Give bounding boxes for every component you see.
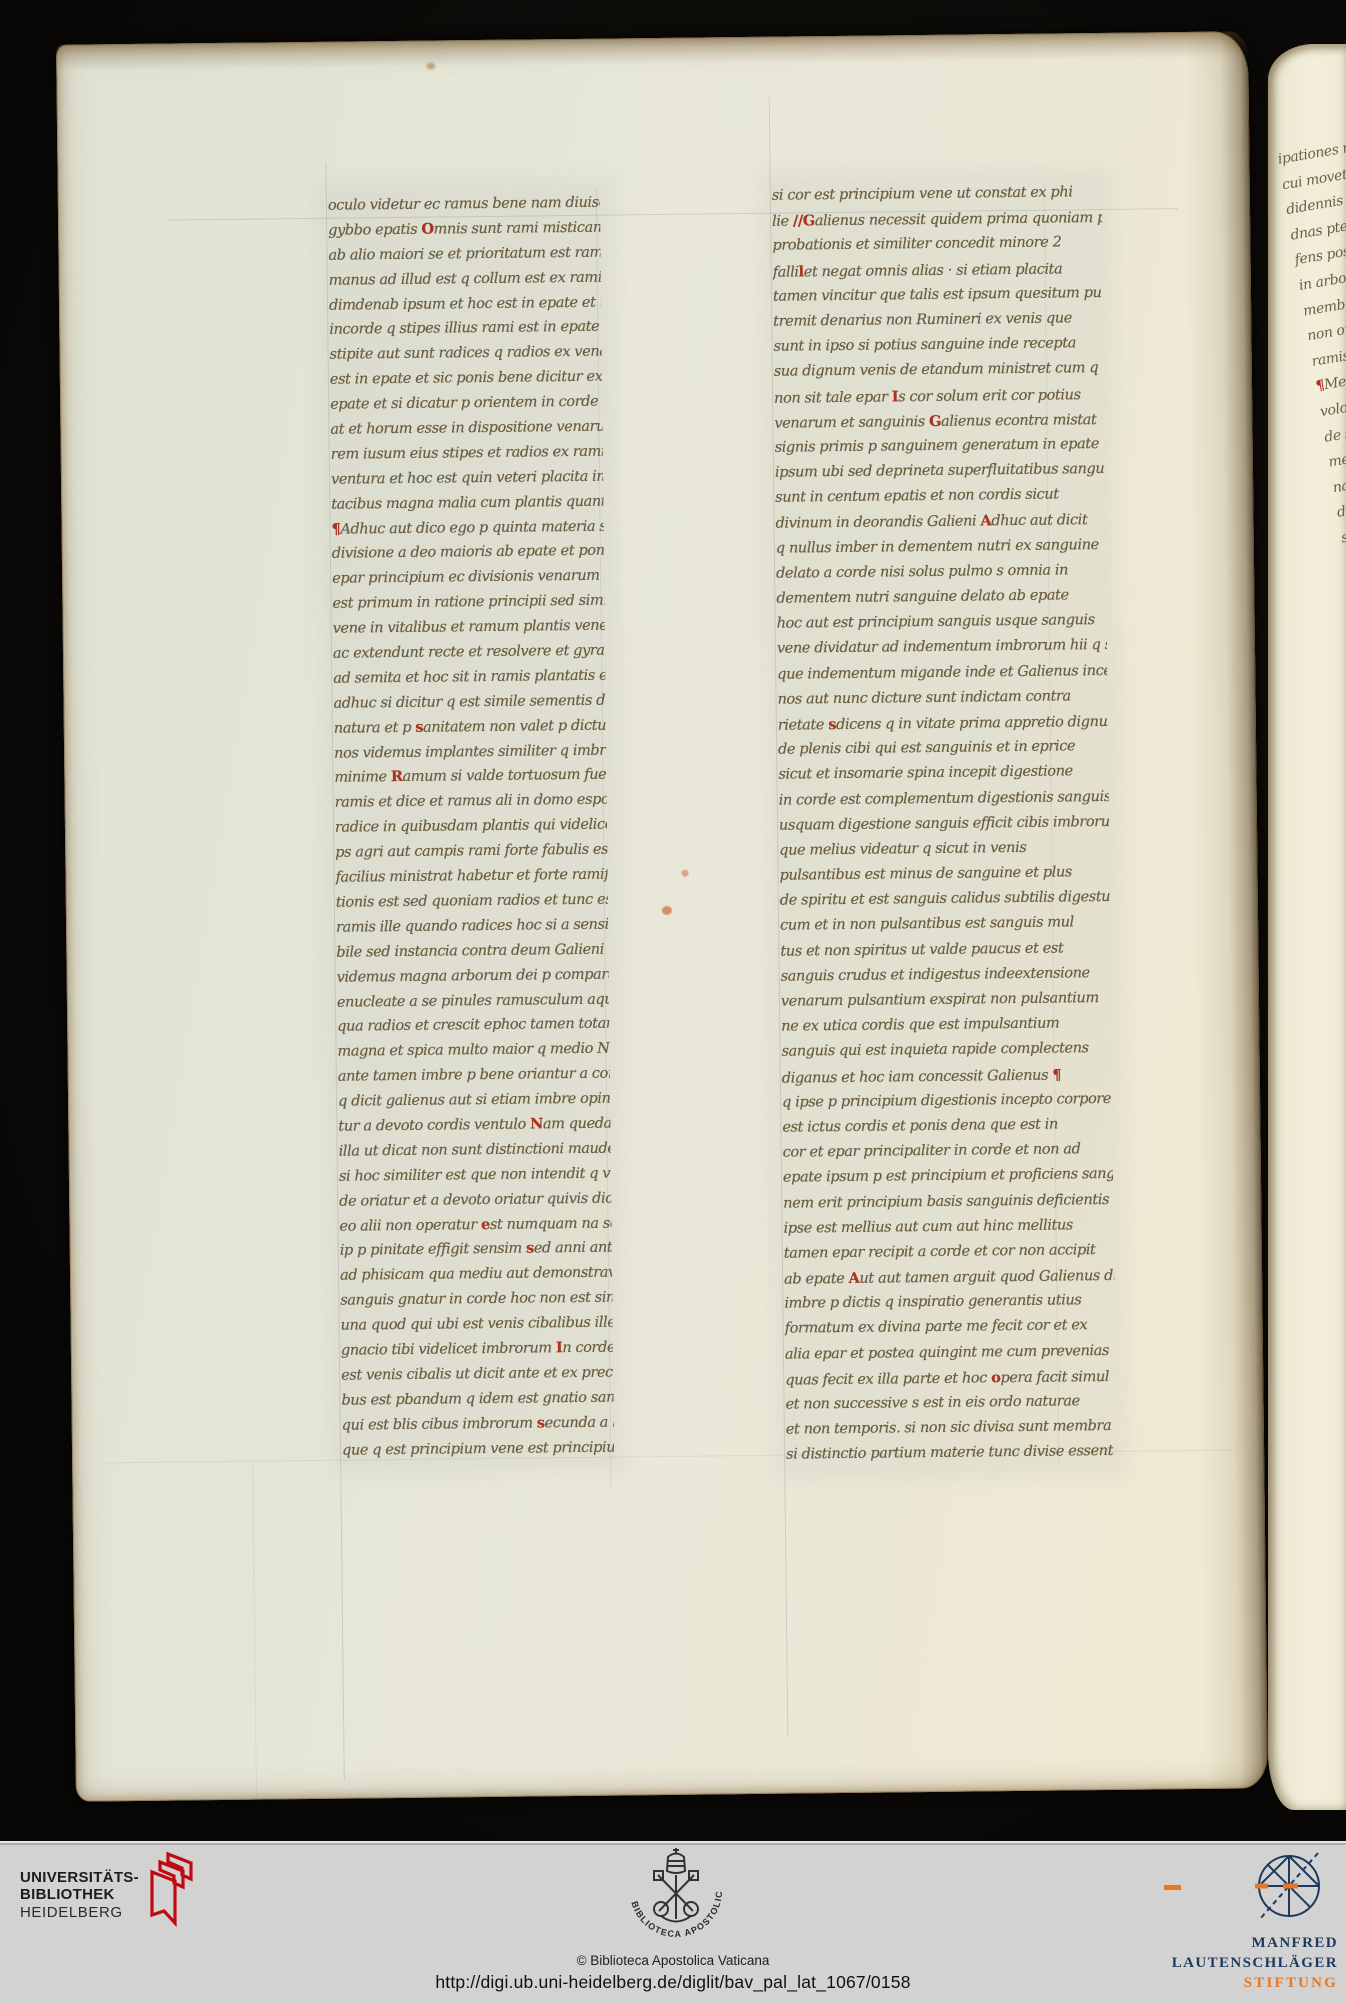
manuscript-line: tionis est sed quoniam radios et tunc es…: [336, 888, 608, 916]
manuscript-line: magna et spica multo maior q medio No: [337, 1037, 609, 1065]
ml-stiftung-icon: [1252, 1849, 1324, 1923]
manuscript-line: q ipse p principium digestionis incepto …: [782, 1087, 1112, 1116]
manuscript-line: ante tamen imbre p bene oriantur a corde: [338, 1062, 610, 1090]
manuscript-line: si cor est principium vene ut constat ex…: [772, 180, 1102, 209]
manuscript-line: eo alii non operatur est numquam na sed …: [339, 1211, 611, 1239]
manuscript-line: q nullus imber in dementem nutri ex sang…: [776, 533, 1106, 562]
manuscript-line: gnacio tibi videlicet imbrorum In corde …: [341, 1336, 613, 1364]
manuscript-line: illa ut dicat non sunt distinctioni maud…: [339, 1136, 611, 1164]
manuscript-line: formatum ex divina parte me fecit cor et…: [785, 1313, 1115, 1342]
ruling-line-vertical-lower-margin: [252, 1463, 257, 1803]
manuscript-line: probationis et similiter concedit minore…: [772, 230, 1102, 259]
ub-logo-line3: HEIDELBERG: [20, 1903, 139, 1922]
ub-heidelberg-logo: UNIVERSITÄTS- BIBLIOTHEK HEIDELBERG: [20, 1869, 139, 1922]
manuscript-line: alia epar et postea quingint me cum prev…: [785, 1339, 1115, 1368]
ml-stiftung-wordmark: MANFRED LAUTENSCHLÄGER STIFTUNG: [1172, 1933, 1338, 1993]
manuscript-line: incorde q stipes illius rami est in epat…: [329, 315, 601, 343]
manuscript-line: ipse est mellius aut cum aut hinc mellit…: [783, 1213, 1113, 1242]
manuscript-line: sanguis crudus et indigestus indeextensi…: [781, 961, 1111, 990]
manuscript-line: ventura et hoc est quin veteri placita i…: [331, 464, 603, 492]
manuscript-line: ipsum ubi sed deprineta superfluitatibus…: [775, 457, 1105, 486]
manuscript-line: est ictus cordis et ponis dena que est i…: [782, 1112, 1112, 1141]
manuscript-line: est venis cibalis ut dicit ante et ex pr…: [341, 1360, 613, 1388]
manuscript-line: videmus magna arborum dei p comparatione…: [337, 962, 609, 990]
manuscript-line: adhuc si dicitur q est simile sementis d…: [333, 688, 605, 716]
photo-background: oculo videtur ec ramus bene nam diuise a…: [0, 0, 1346, 1841]
orange-dash: [1164, 1885, 1181, 1890]
manuscript-line: cor et epar principaliter in corde et no…: [783, 1137, 1113, 1166]
manuscript-line: sunt in centum epatis et non cordis sicu…: [775, 482, 1105, 511]
manuscript-line: cum et in non pulsantibus est sanguis mu…: [780, 910, 1110, 939]
manuscript-line: qua radios et crescit ephoc tamen totam: [337, 1012, 609, 1040]
page-gutter-shade: [1184, 31, 1268, 1789]
manuscript-line: imbre p dictis q inspiratio generantis u…: [784, 1288, 1114, 1317]
manuscript-line: sicut et insomarie spina incepit digesti…: [778, 759, 1108, 788]
manuscript-line: de oriatur et a devoto oriatur quivis di…: [339, 1186, 611, 1214]
manuscript-line: sanguis qui est inquieta rapide complect…: [781, 1036, 1111, 1065]
manuscript-line: rem iusum eius stipes et radios ex ramis…: [331, 440, 603, 468]
manuscript-line: stipite aut sunt radices q radios ex ven…: [329, 340, 601, 368]
manuscript-line: delato a corde nisi solus pulmo s omnia …: [776, 558, 1106, 587]
ml-line3: STIFTUNG: [1172, 1973, 1338, 1993]
manuscript-line: et non successive s est in eis ordo natu…: [785, 1389, 1115, 1418]
manuscript-line: pulsantibus est minus de sanguine et plu…: [779, 860, 1109, 889]
ub-logo-line1: UNIVERSITÄTS-: [20, 1869, 139, 1886]
ink-spot: [426, 63, 435, 70]
manuscript-line: est primum in ratione principii sed simi…: [332, 589, 604, 617]
manuscript-line: nos videmus implantes similiter q imbre: [334, 738, 606, 766]
manuscript-line: qui est blis cibus imbrorum secunda a ho…: [342, 1410, 614, 1438]
manuscript-line: natura et p sanitatem non valet p dictum…: [334, 713, 606, 741]
manuscript-line: ac extendunt recte et resolvere et gyran…: [333, 639, 605, 667]
manuscript-line: manus ad illud est q collum est ex ramis: [329, 265, 601, 293]
manuscript-line: epate et si dicatur p orientem in corde …: [330, 390, 602, 418]
manuscript-line: tremit denarius non Rumineri ex venis qu…: [773, 306, 1103, 335]
manuscript-line: usquam digestione sanguis efficit cibis …: [779, 810, 1109, 839]
manuscript-line: de plenis cibi qui est sanguinis et in e…: [778, 734, 1108, 763]
manuscript-line: epate ipsum p est principium et proficie…: [783, 1162, 1113, 1191]
next-page-text-fragments: ipationes mcui movet edidennis ndnas pte…: [1276, 127, 1346, 1436]
manuscript-line: tamen epar recipit a corde et cor non ac…: [784, 1238, 1114, 1267]
manuscript-line: non sit tale epar Is cor solum erit cor …: [774, 381, 1104, 410]
manuscript-line: venarum pulsantium exspirat non pulsanti…: [781, 986, 1111, 1015]
manuscript-line: bile sed instancia contra deum Galieni e…: [336, 937, 608, 965]
manuscript-line: ab alio maiori se et prioritatum est ram…: [328, 240, 600, 268]
manuscript-line: ¶Adhuc aut dico ego p quinta materia seq…: [331, 514, 603, 542]
manuscript-line: que q est principium vene est principium…: [342, 1435, 614, 1463]
manuscript-line: sanguis gnatur in corde hoc non est simp…: [340, 1286, 612, 1314]
manuscript-line: radice in quibusdam plantis qui videlice…: [335, 813, 607, 841]
manuscript-line: venarum et sanguinis Galienus econtra mi…: [774, 407, 1104, 436]
manuscript-line: dementem nutri sanguine delato ab epate: [776, 583, 1106, 612]
manuscript-line: nem erit principium basis sanguinis defi…: [783, 1187, 1113, 1216]
manuscript-line: fallilet negat omnis alias · si etiam pl…: [773, 256, 1103, 285]
manuscript-line: gybbo epatis Omnis sunt rami misticane: [328, 216, 600, 244]
source-url: http://digi.ub.uni-heidelberg.de/diglit/…: [0, 1972, 1346, 1993]
manuscript-line: est in epate et sic ponis bene dicitur e…: [330, 365, 602, 393]
manuscript-line: rietate sdicens q in vitate prima appret…: [778, 709, 1108, 738]
manuscript-line: ab epate Aut aut tamen arguit quod Galie…: [784, 1263, 1114, 1292]
manuscript-line: facilius ministrat habetur et forte rami…: [335, 863, 607, 891]
manuscript-line: q dicit galienus aut si etiam imbre opin…: [338, 1087, 610, 1115]
manuscript-line: at et horum esse in dispositione venarum…: [330, 415, 602, 443]
manuscript-line: dimdenab ipsum et hoc est in epate et no: [329, 290, 601, 318]
manuscript-line: ramis et dice et ramus ali in domo espos…: [335, 788, 607, 816]
vatican-seal-icon: BIBLIOTECA APOSTOLICA VATICANA: [613, 1845, 739, 1953]
manuscript-line: que melius videatur q sicut in venis: [779, 835, 1109, 864]
ml-line1: MANFRED: [1172, 1933, 1338, 1953]
text-column-1: oculo videtur ec ramus bene nam diuise a…: [328, 191, 614, 1463]
ub-logo-line2: BIBLIOTHEK: [20, 1886, 139, 1903]
manuscript-line: nos aut nunc dicture sunt indictam contr…: [777, 684, 1107, 713]
manuscript-line: si hoc similiter est que non intendit q …: [339, 1161, 611, 1189]
manuscript-line: ps agri aut campis rami forte fabulis es…: [335, 838, 607, 866]
manuscript-page: oculo videtur ec ramus bene nam diuise a…: [56, 31, 1268, 1801]
manuscript-line: vene dividatur ad indementum imbrorum hi…: [777, 633, 1107, 662]
manuscript-line: que indementum migande inde et Galienus …: [777, 658, 1107, 687]
page-top-edge-shade: [56, 31, 1248, 71]
text-column-2: si cor est principium vene ut constat ex…: [772, 180, 1117, 1468]
manuscript-line: sunt in ipso si potius sanguine inde rec…: [773, 331, 1103, 360]
manuscript-line: enucleate a se pinules ramusculum aqua s…: [337, 987, 609, 1015]
manuscript-line: sua dignum venis de etandum ministret cu…: [774, 356, 1104, 385]
ink-spot: [662, 906, 672, 915]
ink-spot: [681, 870, 688, 877]
manuscript-line: hoc aut est principium sanguis usque san…: [777, 608, 1107, 637]
next-page-edge: ipationes mcui movet edidennis ndnas pte…: [1268, 44, 1346, 1810]
manuscript-line: divinum in deorandis Galieni Adhuc aut d…: [775, 507, 1105, 536]
manuscript-line: bus est pbandum q idem est gnatio sangui…: [341, 1385, 613, 1413]
manuscript-line: ad phisicam qua mediu aut demonstravi q: [340, 1261, 612, 1289]
manuscript-line: ne ex utica cordis que est impulsantium: [781, 1011, 1111, 1040]
manuscript-line: et non temporis. si non sic divisa sunt …: [786, 1414, 1116, 1443]
footer-bar: UNIVERSITÄTS- BIBLIOTHEK HEIDELBERG BIBL…: [0, 1841, 1346, 2003]
manuscript-line: in corde est complementum digestionis sa…: [779, 784, 1109, 813]
vatican-copyright: © Biblioteca Apostolica Vaticana: [0, 1953, 1346, 1968]
manuscript-line: vene in vitalibus et ramum plantis vene: [333, 614, 605, 642]
manuscript-line: quas fecit ex illa parte et hoc opera fa…: [785, 1364, 1115, 1393]
manuscript-line: lie //Galienus necessit quidem prima quo…: [772, 205, 1102, 234]
manuscript-line: si distinctio partium materie tunc divis…: [786, 1439, 1116, 1468]
manuscript-line: tus et non spiritus ut valde paucus et e…: [780, 936, 1110, 965]
manuscript-line: signis primis p sanguinem generatum in e…: [775, 432, 1105, 461]
manuscript-line: diganus et hoc iam concessit Galienus ¶: [782, 1061, 1112, 1090]
manuscript-line: de spiritu et est sanguis calidus subtil…: [780, 885, 1110, 914]
manuscript-line: ad semita et hoc sit in ramis plantatis …: [333, 664, 605, 692]
digitized-manuscript-view: oculo videtur ec ramus bene nam diuise a…: [0, 0, 1346, 2003]
manuscript-line: tamen vincitur que talis est ipsum quesi…: [773, 281, 1103, 310]
manuscript-line: tacibus magna malia cum plantis quantum: [331, 489, 603, 517]
ub-book-icon: [138, 1849, 196, 1929]
manuscript-line: divisione a deo maioris ab epate et poni…: [332, 539, 604, 567]
manuscript-line: oculo videtur ec ramus bene nam diuise a: [328, 191, 600, 219]
manuscript-line: una quod qui ubi est venis cibalibus ill…: [340, 1311, 612, 1339]
manuscript-line: epar principium ec divisionis venarum s …: [332, 564, 604, 592]
manuscript-line: tur a devoto cordis ventulo Nam quedam: [338, 1112, 610, 1140]
manuscript-line: minime Ramum si valde tortuosum fuerit i…: [334, 763, 606, 791]
manuscript-line: ip p pinitate effigit sensim sed anni an…: [340, 1236, 612, 1264]
ml-line2: LAUTENSCHLÄGER: [1172, 1953, 1338, 1973]
manuscript-line: ramis ille quando radices hoc si a sensi…: [336, 912, 608, 940]
